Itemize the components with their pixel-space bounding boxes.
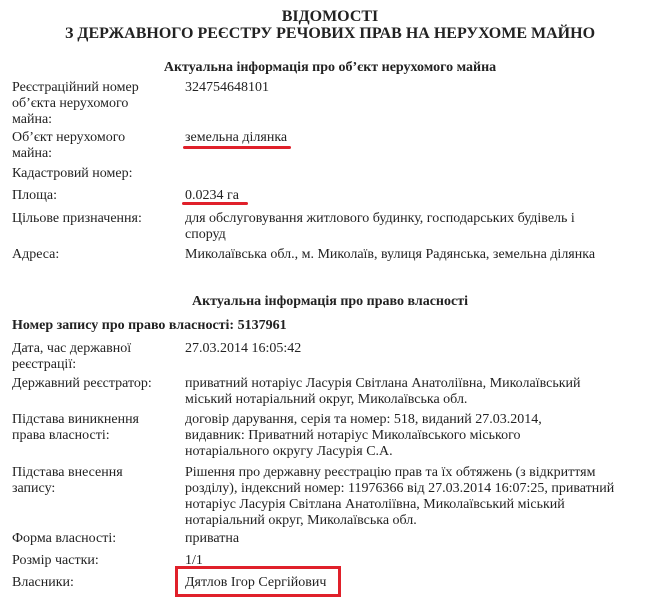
row-value: договір дарування, серія та номер: 518, …	[185, 412, 585, 460]
row-value: Рішення про державну реєстрацію прав та …	[185, 465, 615, 529]
row-label: Підстава внесення запису:	[12, 465, 142, 497]
document-title-line2: З ДЕРЖАВНОГО РЕЄСТРУ РЕЧОВИХ ПРАВ НА НЕР…	[0, 25, 660, 42]
row-label: Площа:	[12, 188, 177, 204]
row-label: Адреса:	[12, 247, 177, 263]
row-label: Цільове призначення:	[12, 211, 177, 227]
record-number: Номер запису про право власності: 513796…	[12, 318, 287, 334]
row-value: для обслуговування житлового будинку, го…	[185, 211, 605, 243]
row-value: Миколаївська обл., м. Миколаїв, вулиця Р…	[185, 247, 645, 263]
row-label: Підстава виникнення права власності:	[12, 412, 152, 444]
document-title-line1: ВІДОМОСТІ	[0, 8, 660, 25]
row-value: приватний нотаріус Ласурія Світлана Анат…	[185, 376, 605, 408]
row-label: Об’єкт нерухомого майна:	[12, 130, 142, 162]
row-label: Дата, час державної реєстрації:	[12, 341, 147, 373]
row-value: 27.03.2014 16:05:42	[185, 341, 645, 357]
highlight-box-annotation	[175, 566, 341, 597]
row-label: Форма власності:	[12, 531, 177, 547]
row-label: Власники:	[12, 575, 177, 591]
row-value: приватна	[185, 531, 645, 547]
underline-annotation	[182, 202, 248, 205]
underline-annotation	[183, 146, 291, 149]
area-value: 0.0234 га	[185, 188, 645, 204]
row-label: Державний реєстратор:	[12, 376, 177, 392]
object-type-value: земельна ділянка	[185, 130, 645, 146]
row-label: Кадастровий номер:	[12, 166, 177, 182]
object-section-heading: Актуальна інформація про об’єкт нерухомо…	[0, 60, 660, 76]
row-label: Реєстраційний номер об’єкта нерухомого м…	[12, 80, 142, 128]
rights-section-heading: Актуальна інформація про право власності	[0, 294, 660, 310]
row-label: Розмір частки:	[12, 553, 177, 569]
row-value: 324754648101	[185, 80, 645, 96]
